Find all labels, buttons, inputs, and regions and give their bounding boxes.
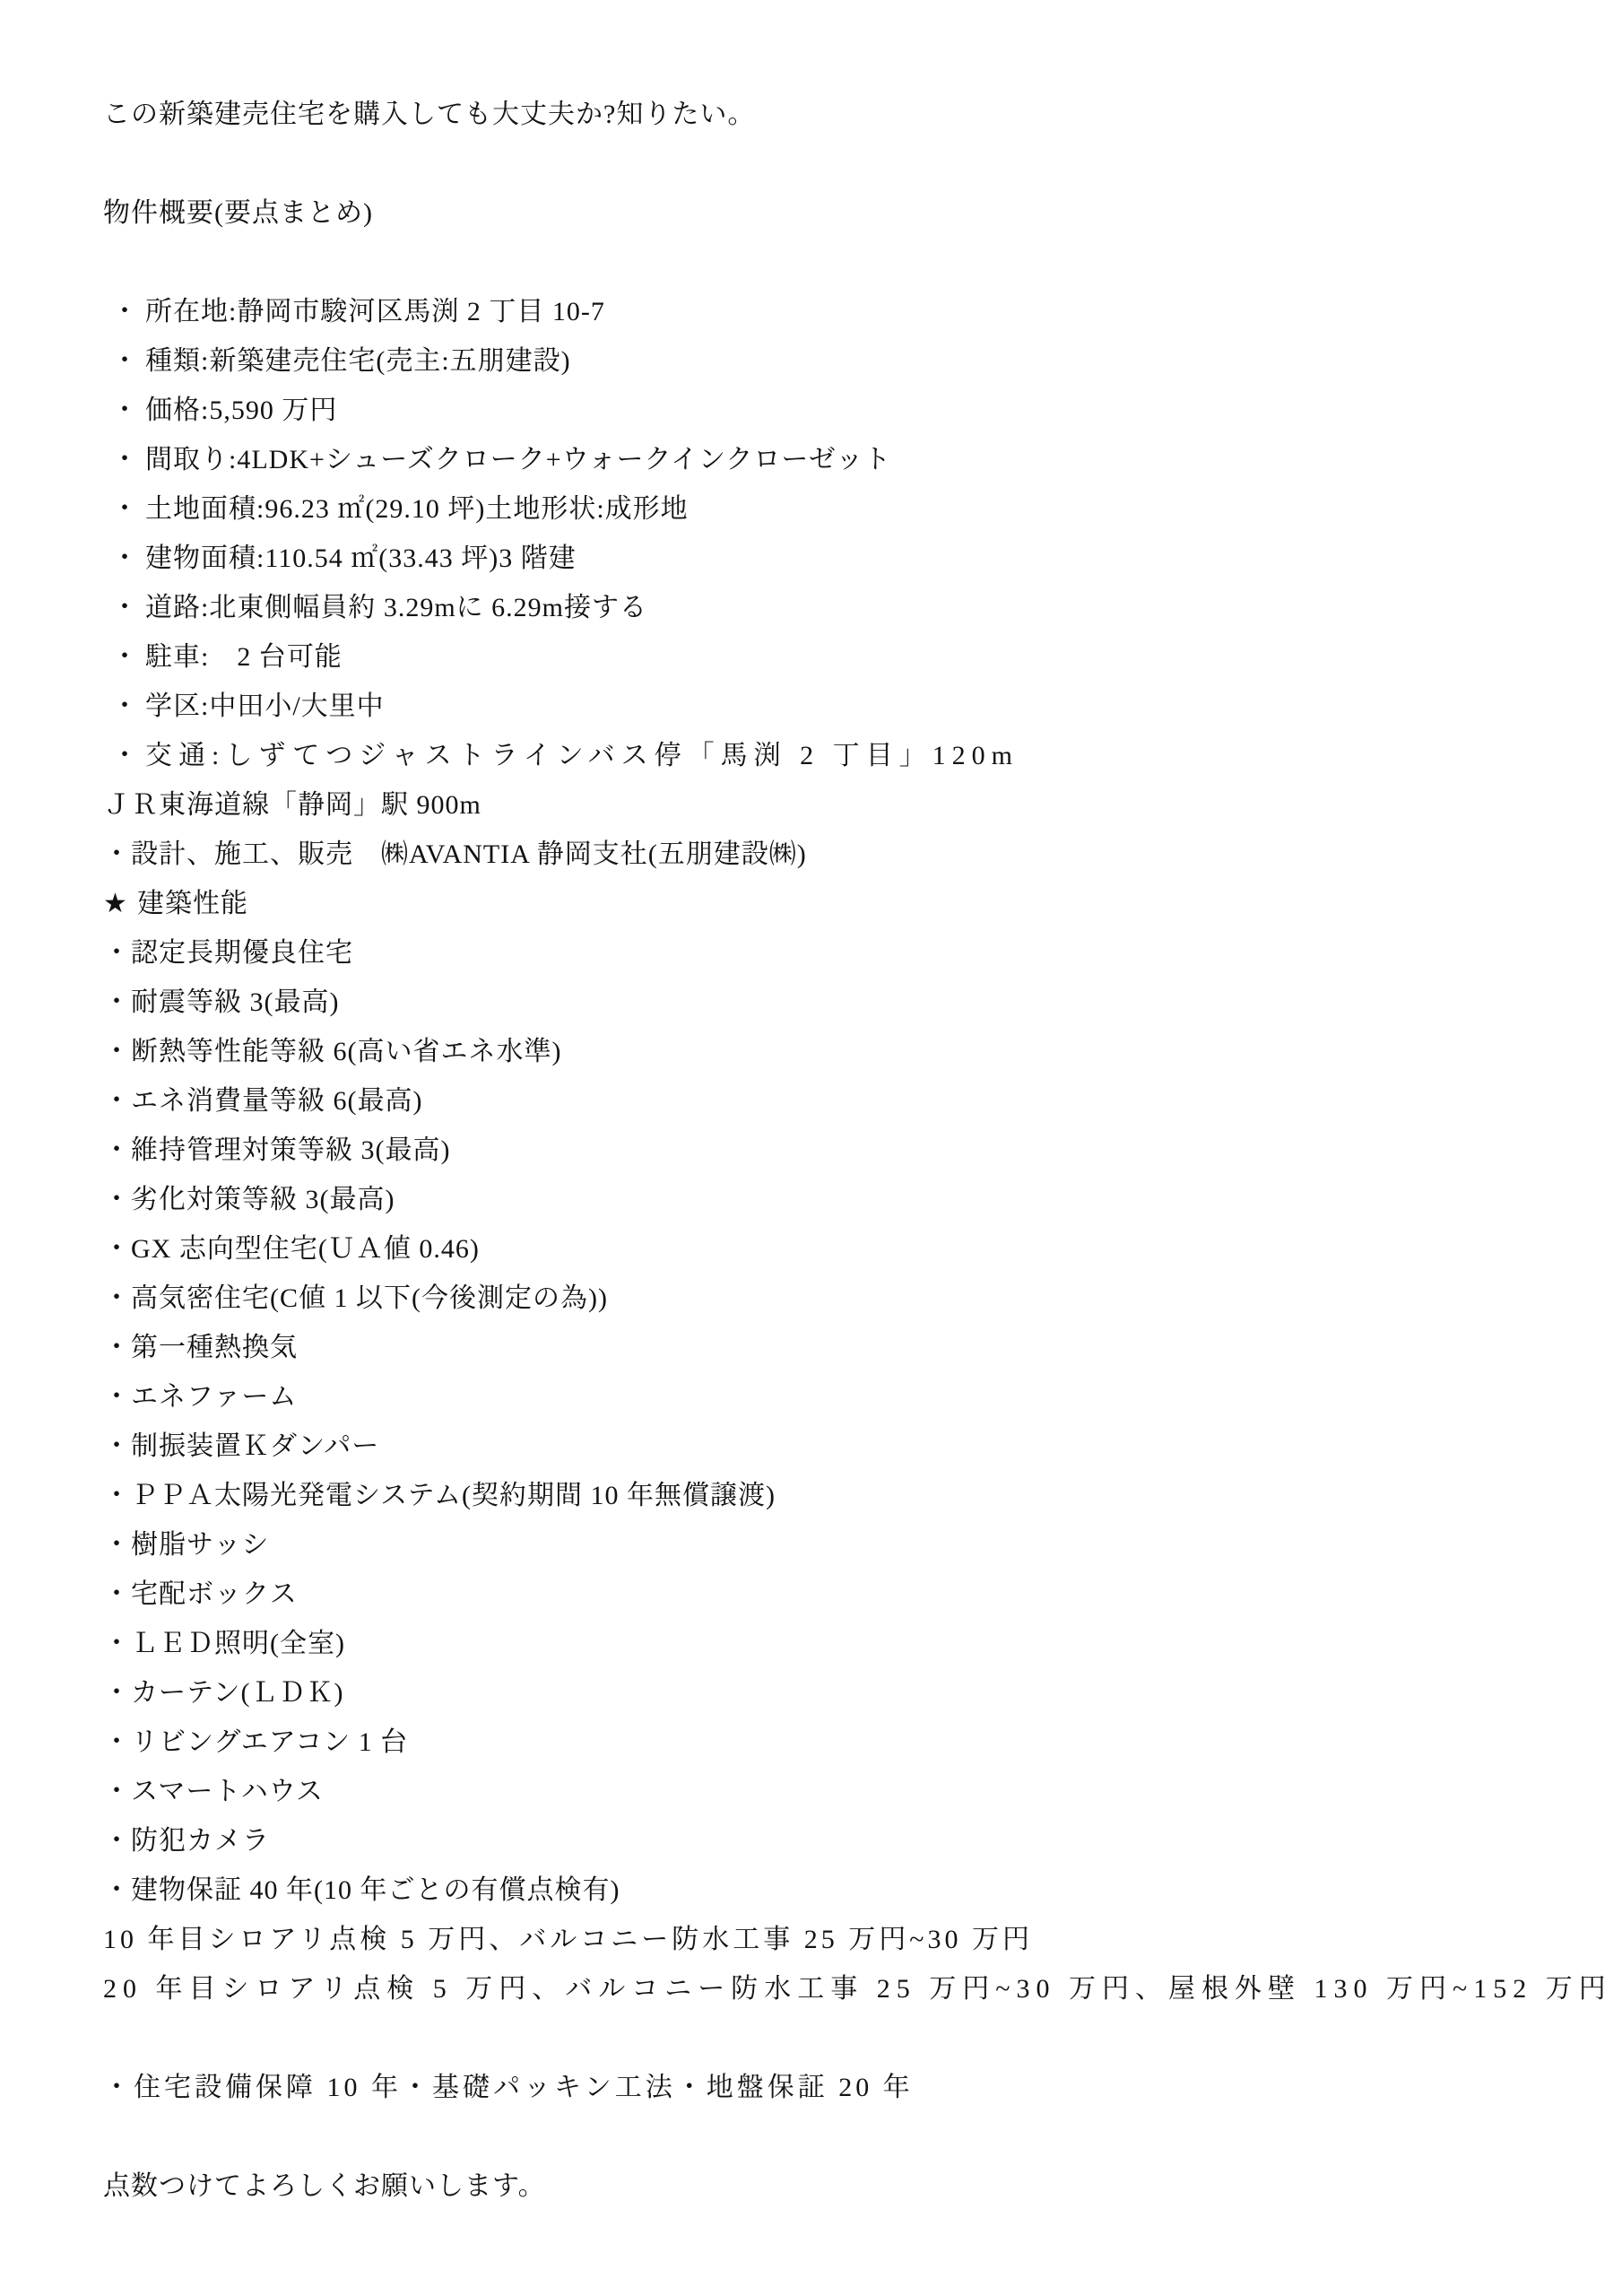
- feature-led-lighting: ・ＬＥＤ照明(全室): [0, 1619, 1622, 1668]
- line-text: ・宅配ボックス: [103, 1579, 298, 1609]
- blank-line: [0, 139, 1622, 188]
- item-type: ・種類:新築建売住宅(売主:五朋建設): [0, 336, 1622, 386]
- feature-building-warranty: ・建物保証 40 年(10 年ごとの有償点検有): [0, 1865, 1622, 1915]
- line-text: 物件概要(要点まとめ): [103, 198, 373, 228]
- line-text: ・樹脂サッシ: [103, 1530, 269, 1560]
- line-text: ・断熱等性能等級 6(高い省エネ水準): [103, 1037, 561, 1066]
- item-floorplan: ・間取り:4LDK+シューズクローク+ウォークインクローゼット: [0, 435, 1622, 484]
- line-text: 10 年目シロアリ点検 5 万円、バルコニー防水工事 25 万円~30 万円: [103, 1925, 1033, 1954]
- closing-request: 点数つけてよろしくお願いします。: [0, 2161, 1622, 2211]
- item-price: ・価格:5,590 万円: [0, 386, 1622, 435]
- warranty-cost-10y: 10 年目シロアリ点検 5 万円、バルコニー防水工事 25 万円~30 万円: [0, 1915, 1622, 1964]
- line-text: 20 年目シロアリ点検 5 万円、バルコニー防水工事 25 万円~30 万円、屋…: [103, 1974, 1612, 2004]
- line-text: ・認定長期優良住宅: [103, 938, 353, 968]
- line-text: ・ＰＰＡ太陽光発電システム(契約期間 10 年無償譲渡): [103, 1481, 776, 1510]
- line-text: ・制振装置Ｋダンパー: [103, 1431, 379, 1461]
- line-text: ・住宅設備保障 10 年・基礎パッキン工法・地盤保証 20 年: [103, 2073, 914, 2102]
- line-text: 点数つけてよろしくお願いします。: [103, 2171, 546, 2201]
- bullet-marker: ・: [111, 534, 145, 583]
- feature-ppa-solar: ・ＰＰＡ太陽光発電システム(契約期間 10 年無償譲渡): [0, 1471, 1622, 1520]
- line-text: 所在地:静岡市駿河区馬渕 2 丁目 10-7: [145, 297, 605, 326]
- line-text: 土地面積:96.23 ㎡(29.10 坪)土地形状:成形地: [145, 494, 689, 524]
- feature-type1-ventilation: ・第一種熱換気: [0, 1323, 1622, 1372]
- line-text: 種類:新築建売住宅(売主:五朋建設): [145, 346, 571, 376]
- item-parking: ・駐車: 2 台可能: [0, 632, 1622, 682]
- bullet-marker: ・: [111, 583, 145, 632]
- feature-seismic-grade: ・耐震等級 3(最高): [0, 978, 1622, 1027]
- line-text: ・建物保証 40 年(10 年ごとの有償点検有): [103, 1875, 620, 1905]
- feature-deterioration-grade: ・劣化対策等級 3(最高): [0, 1175, 1622, 1224]
- bullet-marker: ・: [111, 484, 145, 534]
- bullet-marker: ・: [111, 435, 145, 484]
- bullet-marker: ・: [111, 682, 145, 731]
- bullet-marker: ・: [111, 731, 145, 780]
- feature-resin-sash: ・樹脂サッシ: [0, 1520, 1622, 1570]
- feature-living-aircon: ・リビングエアコン 1 台: [0, 1718, 1622, 1767]
- item-transport-jr: ＪＲ東海道線「静岡」駅 900m: [0, 780, 1622, 830]
- document-body: この新築建売住宅を購入しても大丈夫か?知りたい。物件概要(要点まとめ)・所在地:…: [0, 90, 1622, 2211]
- line-text: ・維持管理対策等級 3(最高): [103, 1135, 450, 1165]
- feature-energy-consumption-grade: ・エネ消費量等級 6(最高): [0, 1076, 1622, 1126]
- item-equipment-warranty: ・住宅設備保障 10 年・基礎パッキン工法・地盤保証 20 年: [0, 2063, 1622, 2112]
- section-heading: 物件概要(要点まとめ): [0, 188, 1622, 238]
- bullet-marker: ・: [111, 336, 145, 386]
- blank-line: [0, 2013, 1622, 2063]
- star-icon: ★: [103, 879, 137, 928]
- feature-k-damper: ・制振装置Ｋダンパー: [0, 1422, 1622, 1471]
- blank-line: [0, 238, 1622, 287]
- line-text: ・高気密住宅(C値 1 以下(今後測定の為)): [103, 1283, 608, 1313]
- feature-smart-house: ・スマートハウス: [0, 1767, 1622, 1816]
- item-location: ・所在地:静岡市駿河区馬渕 2 丁目 10-7: [0, 287, 1622, 336]
- feature-gx-house: ・GX 志向型住宅(ＵＡ値 0.46): [0, 1224, 1622, 1274]
- line-text: 学区:中田小/大里中: [145, 691, 385, 721]
- bullet-marker: ・: [111, 287, 145, 336]
- line-text: ＪＲ東海道線「静岡」駅 900m: [103, 790, 481, 820]
- item-school-district: ・学区:中田小/大里中: [0, 682, 1622, 731]
- line-text: この新築建売住宅を購入しても大丈夫か?知りたい。: [103, 100, 755, 129]
- bullet-marker: ・: [111, 632, 145, 682]
- line-text: ・エネファーム: [103, 1382, 297, 1412]
- line-text: 建築性能: [137, 889, 248, 918]
- line-text: 価格:5,590 万円: [145, 396, 337, 425]
- feature-certified-long-life: ・認定長期優良住宅: [0, 928, 1622, 978]
- feature-delivery-box: ・宅配ボックス: [0, 1570, 1622, 1619]
- warranty-cost-20y: 20 年目シロアリ点検 5 万円、バルコニー防水工事 25 万円~30 万円、屋…: [0, 1964, 1622, 2013]
- feature-enefarm: ・エネファーム: [0, 1372, 1622, 1422]
- item-road: ・道路:北東側幅員約 3.29mに 6.29m接する: [0, 583, 1622, 632]
- line-text: ・耐震等級 3(最高): [103, 987, 339, 1017]
- item-building-area: ・建物面積:110.54 ㎡(33.43 坪)3 階建: [0, 534, 1622, 583]
- heading-performance: ★建築性能: [0, 879, 1622, 928]
- blank-line: [0, 2112, 1622, 2161]
- feature-airtight-house: ・高気密住宅(C値 1 以下(今後測定の為)): [0, 1274, 1622, 1323]
- line-text: 間取り:4LDK+シューズクローク+ウォークインクローゼット: [145, 445, 891, 474]
- feature-maintenance-grade: ・維持管理対策等級 3(最高): [0, 1126, 1622, 1175]
- document-page: この新築建売住宅を購入しても大丈夫か?知りたい。物件概要(要点まとめ)・所在地:…: [0, 0, 1622, 2296]
- line-text: ・第一種熱換気: [103, 1333, 298, 1362]
- feature-insulation-grade: ・断熱等性能等級 6(高い省エネ水準): [0, 1027, 1622, 1076]
- line-text: ・エネ消費量等級 6(最高): [103, 1086, 422, 1116]
- line-text: ・設計、施工、販売 ㈱AVANTIA 静岡支社(五朋建設㈱): [103, 839, 807, 869]
- item-design-build-sales: ・設計、施工、販売 ㈱AVANTIA 静岡支社(五朋建設㈱): [0, 830, 1622, 879]
- line-text: ・防犯カメラ: [103, 1826, 270, 1856]
- line-text: 交通:しずてつジャストラインバス停「馬渕 2 丁目」120m: [145, 741, 1019, 770]
- line-text: ・GX 志向型住宅(ＵＡ値 0.46): [103, 1234, 480, 1264]
- line-text: ・ＬＥＤ照明(全室): [103, 1629, 345, 1658]
- line-text: ・リビングエアコン 1 台: [103, 1727, 408, 1757]
- line-text: ・スマートハウス: [103, 1777, 324, 1806]
- bullet-marker: ・: [111, 386, 145, 435]
- item-land-area: ・土地面積:96.23 ㎡(29.10 坪)土地形状:成形地: [0, 484, 1622, 534]
- line-text: 駐車: 2 台可能: [145, 642, 343, 672]
- feature-security-camera: ・防犯カメラ: [0, 1816, 1622, 1865]
- question-line: この新築建売住宅を購入しても大丈夫か?知りたい。: [0, 90, 1622, 139]
- line-text: 建物面積:110.54 ㎡(33.43 坪)3 階建: [145, 544, 577, 573]
- line-text: ・カーテン(ＬＤＫ): [103, 1678, 343, 1708]
- item-transport-bus: ・交通:しずてつジャストラインバス停「馬渕 2 丁目」120m: [0, 731, 1622, 780]
- line-text: ・劣化対策等級 3(最高): [103, 1185, 395, 1214]
- line-text: 道路:北東側幅員約 3.29mに 6.29m接する: [145, 593, 647, 622]
- feature-curtain: ・カーテン(ＬＤＫ): [0, 1668, 1622, 1718]
